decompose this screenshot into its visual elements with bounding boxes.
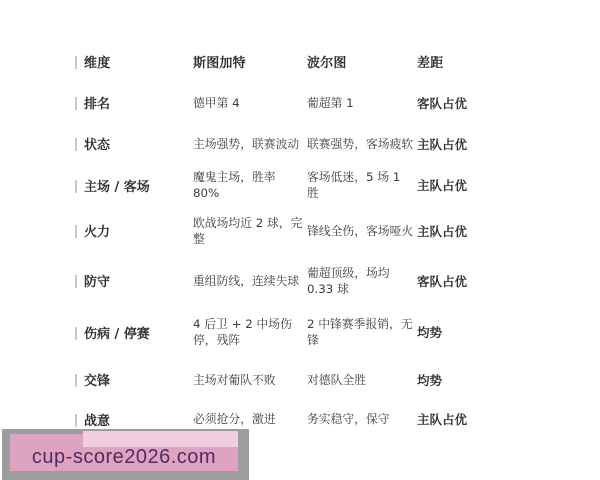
cell-home: 4 后卫 + 2 中场伤停，残阵 <box>193 306 307 358</box>
header-home-team: 斯图加特 <box>193 40 307 82</box>
cell-away: 对德队全胜 <box>307 358 417 401</box>
cell-away: 务实稳守，保守 <box>307 401 417 437</box>
cell-dimension: 排名 <box>75 82 193 123</box>
cell-home: 重组防线，连续失球 <box>193 255 307 306</box>
table-row: 状态 主场强势，联赛波动 联赛强势，客场疲软 主队占优 <box>75 123 525 164</box>
cell-home: 魔鬼主场，胜率 80% <box>193 164 307 206</box>
cell-away: 联赛强势，客场疲软 <box>307 123 417 164</box>
cell-away: 葡超顶级，场均 0.33 球 <box>307 255 417 306</box>
cell-gap: 主队占优 <box>417 164 525 206</box>
cell-home: 主场强势，联赛波动 <box>193 123 307 164</box>
table-row: 火力 欧战场均近 2 球，完整 锋线全伤，客场哑火 主队占优 <box>75 206 525 255</box>
cell-home: 德甲第 4 <box>193 82 307 123</box>
cell-dimension: 主场 / 客场 <box>75 164 193 206</box>
cell-home: 欧战场均近 2 球，完整 <box>193 206 307 255</box>
cell-dimension: 火力 <box>75 206 193 255</box>
cell-dimension: 状态 <box>75 123 193 164</box>
cell-gap: 均势 <box>417 358 525 401</box>
cell-away: 客场低迷，5 场 1 胜 <box>307 164 417 206</box>
cell-gap: 均势 <box>417 306 525 358</box>
cell-gap: 主队占优 <box>417 401 525 437</box>
cell-gap: 主队占优 <box>417 206 525 255</box>
cell-dimension: 交锋 <box>75 358 193 401</box>
table-row: 主场 / 客场 魔鬼主场，胜率 80% 客场低迷，5 场 1 胜 主队占优 <box>75 164 525 206</box>
comparison-table: 维度 斯图加特 波尔图 差距 排名 德甲第 4 葡超第 1 客队占优 状态 主场… <box>75 40 525 437</box>
table-row: 交锋 主场对葡队不败 对德队全胜 均势 <box>75 358 525 401</box>
cell-away: 葡超第 1 <box>307 82 417 123</box>
cell-dimension: 防守 <box>75 255 193 306</box>
cell-dimension: 伤病 / 停赛 <box>75 306 193 358</box>
header-gap: 差距 <box>417 40 525 82</box>
table-row: 伤病 / 停赛 4 后卫 + 2 中场伤停，残阵 2 中锋赛季报销，无锋 均势 <box>75 306 525 358</box>
cell-away: 锋线全伤，客场哑火 <box>307 206 417 255</box>
watermark-highlight <box>83 431 238 447</box>
table-row: 排名 德甲第 4 葡超第 1 客队占优 <box>75 82 525 123</box>
header-away-team: 波尔图 <box>307 40 417 82</box>
table-header-row: 维度 斯图加特 波尔图 差距 <box>75 40 525 82</box>
cell-gap: 主队占优 <box>417 123 525 164</box>
table-row: 防守 重组防线，连续失球 葡超顶级，场均 0.33 球 客队占优 <box>75 255 525 306</box>
page: 维度 斯图加特 波尔图 差距 排名 德甲第 4 葡超第 1 客队占优 状态 主场… <box>0 0 600 480</box>
watermark-text: cup-score2026.com <box>32 446 216 469</box>
cell-away: 2 中锋赛季报销，无锋 <box>307 306 417 358</box>
header-dimension: 维度 <box>75 40 193 82</box>
cell-home: 主场对葡队不败 <box>193 358 307 401</box>
cell-gap: 客队占优 <box>417 82 525 123</box>
cell-gap: 客队占优 <box>417 255 525 306</box>
